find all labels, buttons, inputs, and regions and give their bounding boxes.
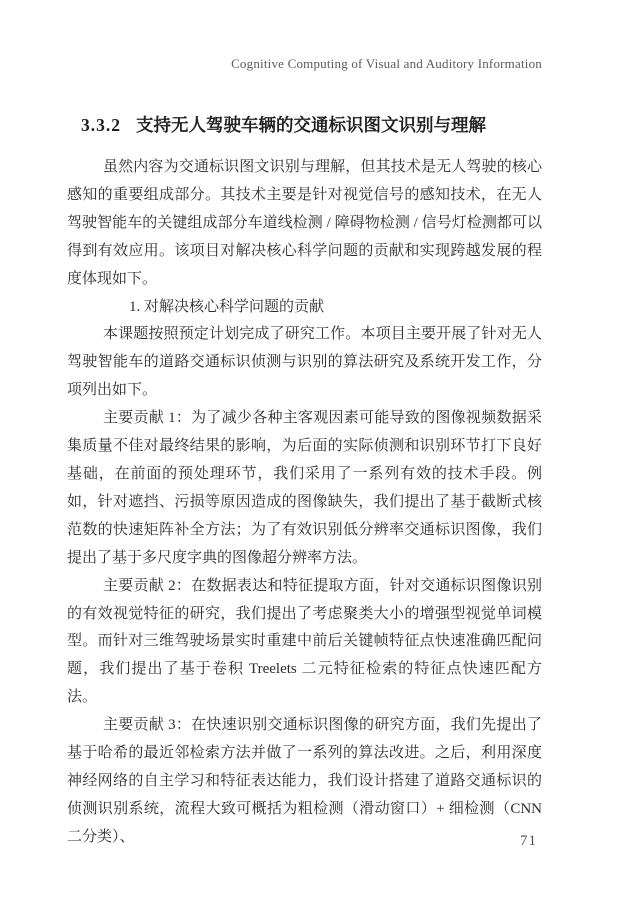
section-heading: 3.3.2支持无人驾驶车辆的交通标识图文识别与理解 — [67, 112, 542, 138]
body-text: 虽然内容为交通标识图文识别与理解，但其技术是无人驾驶的核心感知的重要组成部分。其… — [67, 154, 542, 852]
page-content: Cognitive Computing of Visual and Audito… — [67, 0, 542, 852]
page-number: 71 — [520, 830, 537, 852]
paragraph-contribution-3: 主要贡献 3：在快速识别交通标识图像的研究方面，我们先提出了基于哈希的最近邻检索… — [67, 712, 542, 852]
paragraph-contribution-2: 主要贡献 2：在数据表达和特征提取方面，针对交通标识图像识别的有效视觉特征的研究… — [67, 573, 542, 713]
running-header: Cognitive Computing of Visual and Audito… — [67, 0, 542, 71]
intro-paragraph: 虽然内容为交通标识图文识别与理解，但其技术是无人驾驶的核心感知的重要组成部分。其… — [67, 154, 542, 294]
paragraph-overview: 本课题按照预定计划完成了研究工作。本项目主要开展了针对无人驾驶智能车的道路交通标… — [67, 321, 542, 405]
document-page: Cognitive Computing of Visual and Audito… — [0, 0, 643, 908]
section-title: 支持无人驾驶车辆的交通标识图文识别与理解 — [136, 115, 486, 135]
section-number: 3.3.2 — [81, 115, 121, 135]
paragraph-contribution-1: 主要贡献 1：为了减少各种主客观因素可能导致的图像视频数据采集质量不佳对最终结果… — [67, 405, 542, 572]
subheading-contributions: 1. 对解决核心科学问题的贡献 — [67, 294, 542, 322]
